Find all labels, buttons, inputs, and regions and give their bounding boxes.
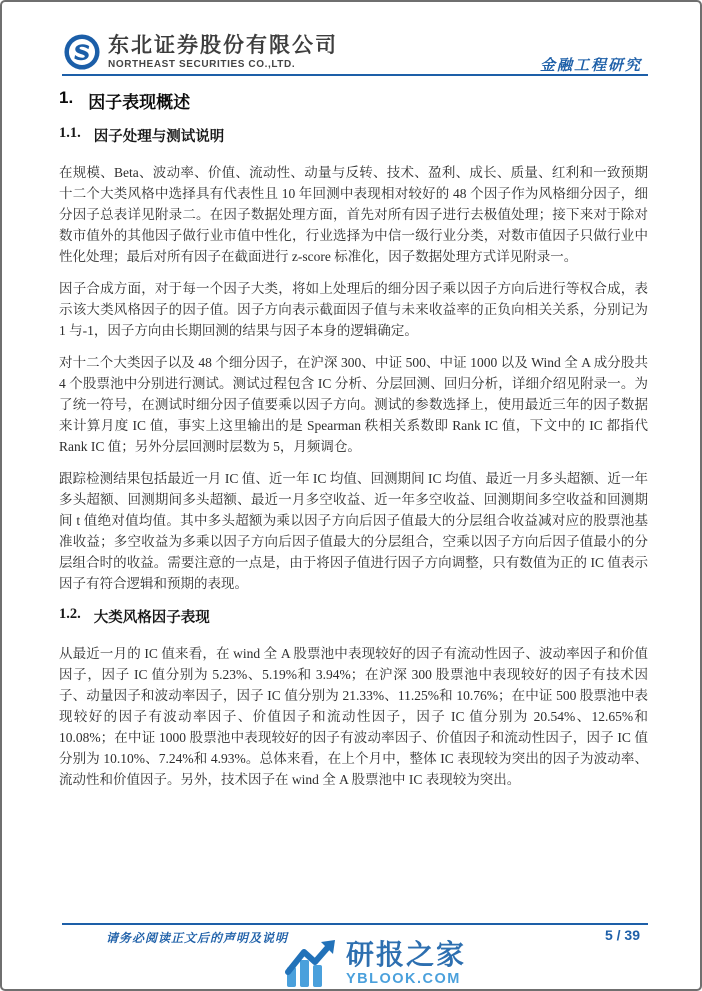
paragraph: 对十二个大类因子以及 48 个细分因子，在沪深 300、中证 500、中证 10… <box>59 352 648 457</box>
footer-divider <box>62 923 648 925</box>
section-number: 1. <box>59 88 73 113</box>
paragraph: 因子合成方面，对于每一个因子大类，将如上处理后的细分因子乘以因子方向后进行等权合… <box>59 278 648 341</box>
header-divider <box>62 74 648 76</box>
paragraph: 从最近一月的 IC 值来看，在 wind 全 A 股票池中表现较好的因子有流动性… <box>59 643 648 790</box>
watermark: 研报之家 YBLOOK.COM <box>285 940 466 987</box>
page-number: 5 / 39 <box>605 927 640 943</box>
section-title: 因子表现概述 <box>88 88 190 113</box>
subsection-heading-1-2: 1.2. 大类风格因子表现 <box>59 606 648 627</box>
paragraph: 在规模、Beta、波动率、价值、流动性、动量与反转、技术、盈利、成长、质量、红利… <box>59 162 648 267</box>
watermark-site: YBLOOK.COM <box>346 972 466 987</box>
subsection-heading-1-1: 1.1. 因子处理与测试说明 <box>59 125 648 146</box>
paragraph: 跟踪检测结果包括最近一月 IC 值、近一年 IC 均值、回测期间 IC 均值、最… <box>59 468 648 594</box>
subsection-title: 因子处理与测试说明 <box>94 125 225 146</box>
header-brand: 东北证券股份有限公司 NORTHEAST SECURITIES CO.,LTD. <box>64 34 338 70</box>
watermark-name: 研报之家 <box>346 941 466 969</box>
company-name-cn: 东北证券股份有限公司 <box>108 34 338 57</box>
report-page: 东北证券股份有限公司 NORTHEAST SECURITIES CO.,LTD.… <box>0 0 702 991</box>
subsection-number: 1.1. <box>59 125 81 146</box>
company-name-en: NORTHEAST SECURITIES CO.,LTD. <box>108 59 338 70</box>
document-body: 1. 因子表现概述 1.1. 因子处理与测试说明 在规模、Beta、波动率、价值… <box>59 88 648 801</box>
company-logo-icon <box>64 34 100 70</box>
watermark-chart-icon <box>285 940 337 987</box>
footer-disclaimer: 请务必阅读正文后的声明及说明 <box>106 929 288 946</box>
section-heading-1: 1. 因子表现概述 <box>59 88 648 113</box>
subsection-title: 大类风格因子表现 <box>94 606 210 627</box>
report-category-label: 金融工程研究 <box>540 54 642 75</box>
subsection-number: 1.2. <box>59 606 81 627</box>
